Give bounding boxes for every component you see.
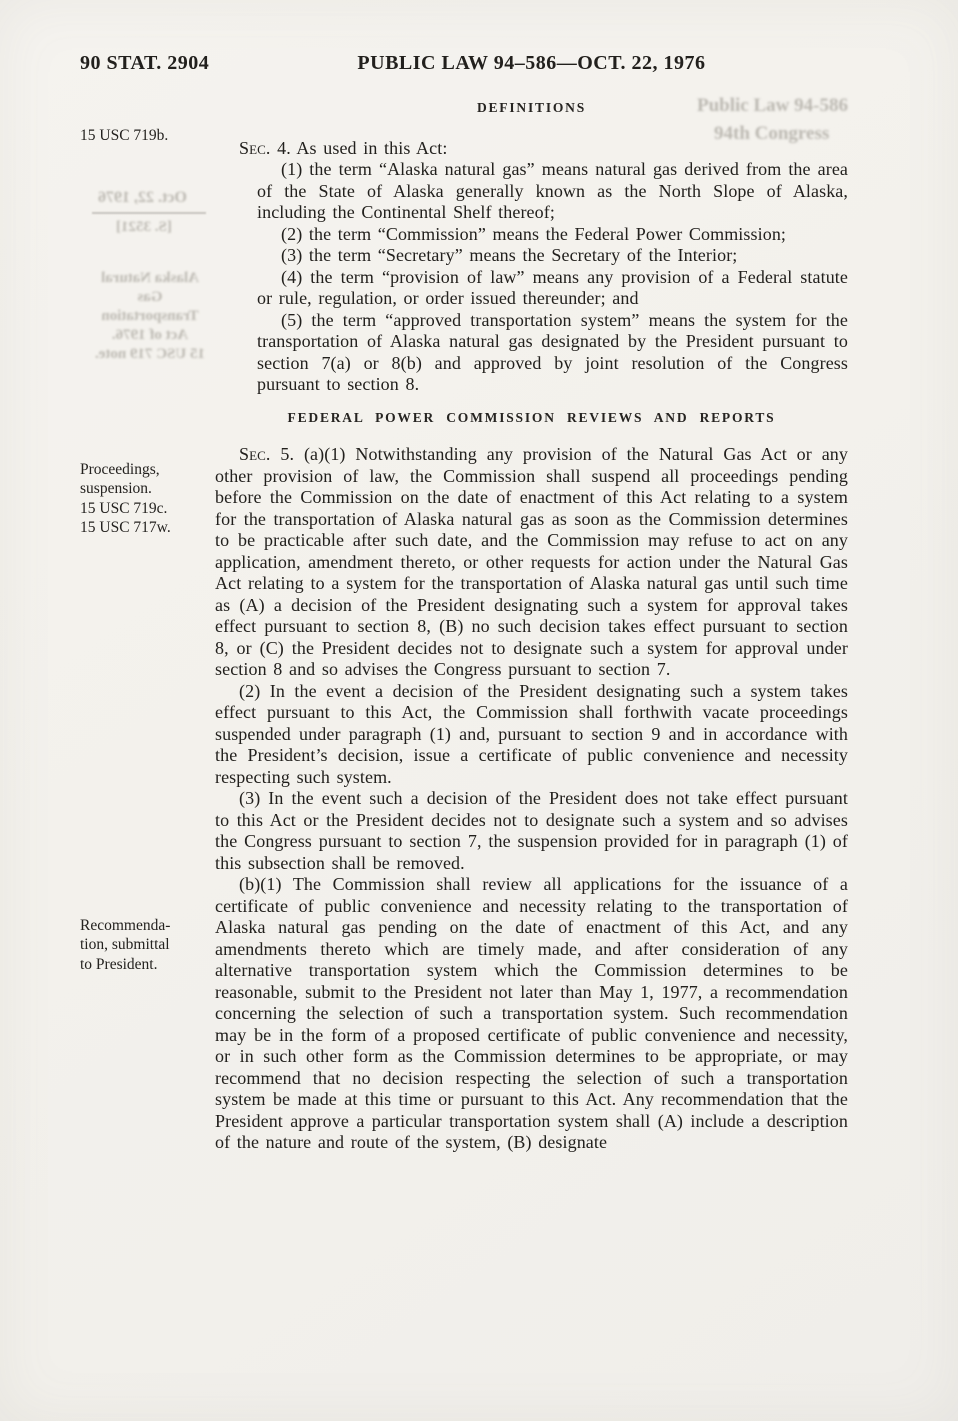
running-title: PUBLIC LAW 94–586—OCT. 22, 1976: [215, 52, 848, 75]
definition-item-4: (4) the term “provision of law” means an…: [257, 267, 848, 310]
document-page: Public Law 94-586 94th Congress Oct. 22,…: [0, 0, 958, 1421]
definition-item-2: (2) the term “Commission” means the Fede…: [257, 224, 848, 246]
section-heading-definitions: DEFINITIONS: [215, 97, 848, 119]
section-heading-fpc-reviews: FEDERAL POWER COMMISSION REVIEWS AND REP…: [215, 407, 848, 429]
definition-item-3: (3) the term “Secretary” means the Secre…: [257, 245, 848, 267]
bleed-through-act-note: Alaska Natural Gas Transportation Act of…: [88, 269, 212, 364]
margin-note-recommendation-submittal: Recommenda- tion, submittal to President…: [80, 916, 212, 974]
sec5-number: Sec. 5.: [239, 444, 294, 464]
sec4-intro: Sec. 4. As used in this Act:: [215, 138, 848, 160]
sec5-paragraph-a1: Sec. 5. (a)(1) Notwithstanding any provi…: [215, 444, 848, 681]
margin-note-proceedings-suspension: Proceedings, suspension. 15 USC 719c. 15…: [80, 460, 212, 537]
definition-item-1: (1) the term “Alaska natural gas” means …: [257, 159, 848, 224]
sec5-paragraph-a2: (2) In the event a decision of the Presi…: [215, 681, 848, 789]
statute-text-column: DEFINITIONS Sec. 4. As used in this Act:…: [215, 97, 848, 1154]
sec5-paragraph-b1: (b)(1) The Commission shall review all a…: [215, 874, 848, 1154]
sec5-paragraph-a3: (3) In the event such a decision of the …: [215, 788, 848, 874]
bleed-through-rule: [92, 212, 206, 214]
bleed-through-bill-number: [S. 3521]: [116, 219, 172, 236]
bleed-through-date: Oct. 22, 1976: [98, 189, 187, 207]
margin-note-usc-719b: 15 USC 719b.: [80, 126, 212, 145]
stat-citation: 90 STAT. 2904: [80, 52, 209, 75]
sec4-number: Sec. 4.: [239, 138, 291, 158]
definition-item-5: (5) the term “approved transportation sy…: [257, 310, 848, 396]
definitions-list: (1) the term “Alaska natural gas” means …: [257, 159, 848, 396]
